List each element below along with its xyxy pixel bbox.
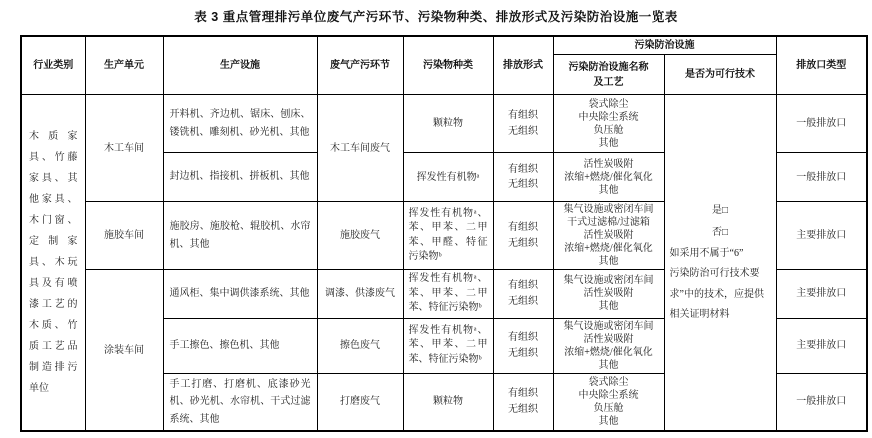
stage-cell: 施胶废气 bbox=[317, 202, 403, 270]
pollutant-cell: 挥发性有机物ᵃ bbox=[403, 153, 493, 202]
stage-cell: 擦色废气 bbox=[317, 318, 403, 373]
control-facility-cell: 集气设施或密闭车间 干式过滤棉/过滤箱 活性炭吸附 浓缩+燃烧/催化氧化 其他 bbox=[553, 202, 664, 270]
page-title: 表 3 重点管理排污单位废气产污环节、污染物种类、排放形式及污染防治设施一览表 bbox=[0, 7, 872, 25]
feasibility-note: 如采用不属于“6” 污染防治可行技术要 求”中的技术，应提供 相关证明材料 bbox=[670, 244, 771, 326]
discharge-form-cell: 有组织 无组织 bbox=[493, 153, 553, 202]
discharge-form-cell: 有组织 无组织 bbox=[493, 373, 553, 431]
feasibility-no-checkbox: 否□ bbox=[670, 222, 771, 244]
discharge-form-cell: 有组织 无组织 bbox=[493, 270, 553, 319]
pollutant-cell: 颗粒物 bbox=[403, 95, 493, 153]
col-header-feasible: 是否为可行技术 bbox=[664, 55, 776, 95]
facility-cell: 手工擦色、擦色机、其他 bbox=[163, 318, 317, 373]
production-unit-cell: 木工车间 bbox=[85, 95, 163, 202]
outlet-type-cell: 主要排放口 bbox=[776, 318, 867, 373]
industry-category-cell: 木质家具、竹藤家具、其他家具、木门窗、定制家具、木玩具及有喷漆工艺的木质、竹质工… bbox=[21, 95, 85, 432]
facility-cell: 施胶房、施胶枪、辊胶机、水帘机、其他 bbox=[163, 202, 317, 270]
facility-cell: 封边机、指接机、拼板机、其他 bbox=[163, 153, 317, 202]
facility-cell: 手工打磨、打磨机、底漆砂光机、砂光机、水帘机、干式过滤系统、其他 bbox=[163, 373, 317, 431]
stage-cell: 木工车间废气 bbox=[317, 95, 403, 202]
col-header-form: 排放形式 bbox=[493, 36, 553, 95]
production-unit-cell: 涂装车间 bbox=[85, 270, 163, 432]
table-row: 木质家具、竹藤家具、其他家具、木门窗、定制家具、木玩具及有喷漆工艺的木质、竹质工… bbox=[21, 95, 867, 153]
pollutant-cell: 挥发性有机物ᵃ、苯、甲苯、二甲苯、特征污染物ᵇ bbox=[403, 270, 493, 319]
control-facility-cell: 袋式除尘 中央除尘系统 负压舱 其他 bbox=[553, 95, 664, 153]
pollutant-cell: 挥发性有机物ᵃ、苯、甲苯、二甲苯、特征污染物ᵇ bbox=[403, 318, 493, 373]
production-unit-cell: 施胶车间 bbox=[85, 202, 163, 270]
outlet-type-cell: 一般排放口 bbox=[776, 373, 867, 431]
pollutant-cell: 颗粒物 bbox=[403, 373, 493, 431]
feasibility-cell: 是□ 否□ 如采用不属于“6” 污染防治可行技术要 求”中的技术，应提供 相关证… bbox=[664, 95, 776, 432]
feasibility-yes-checkbox: 是□ bbox=[670, 200, 771, 222]
stage-cell: 打磨废气 bbox=[317, 373, 403, 431]
pollutant-cell: 挥发性有机物ᵃ、苯、甲苯、二甲苯、甲醛、特征污染物ᵇ bbox=[403, 202, 493, 270]
pollution-control-table: 行业类别 生产单元 生产设施 废气产污环节 污染物种类 排放形式 污染防治设施 … bbox=[20, 35, 868, 432]
control-facility-cell: 集气设施或密闭车间 活性炭吸附 其他 bbox=[553, 270, 664, 319]
discharge-form-cell: 有组织 无组织 bbox=[493, 318, 553, 373]
outlet-type-cell: 主要排放口 bbox=[776, 202, 867, 270]
col-header-outlet: 排放口类型 bbox=[776, 36, 867, 95]
col-header-unit: 生产单元 bbox=[85, 36, 163, 95]
outlet-type-cell: 一般排放口 bbox=[776, 95, 867, 153]
col-header-stage: 废气产污环节 bbox=[317, 36, 403, 95]
col-header-industry: 行业类别 bbox=[21, 36, 85, 95]
control-facility-cell: 集气设施或密闭车间 活性炭吸附 浓缩+燃烧/催化氧化 其他 bbox=[553, 318, 664, 373]
facility-cell: 开料机、齐边机、锯床、刨床、镂铣机、雕刻机、砂光机、其他 bbox=[163, 95, 317, 153]
discharge-form-cell: 有组织 无组织 bbox=[493, 202, 553, 270]
control-facility-cell: 袋式除尘 中央除尘系统 负压舱 其他 bbox=[553, 373, 664, 431]
col-header-pollutant: 污染物种类 bbox=[403, 36, 493, 95]
discharge-form-cell: 有组织 无组织 bbox=[493, 95, 553, 153]
outlet-type-cell: 一般排放口 bbox=[776, 153, 867, 202]
control-facility-cell: 活性炭吸附 浓缩+燃烧/催化氧化 其他 bbox=[553, 153, 664, 202]
col-header-control-group: 污染防治设施 bbox=[553, 36, 776, 55]
col-header-facility: 生产设施 bbox=[163, 36, 317, 95]
col-header-control-name: 污染防治设施名称 及工艺 bbox=[553, 55, 664, 95]
facility-cell: 通风柜、集中调供漆系统、其他 bbox=[163, 270, 317, 319]
outlet-type-cell: 主要排放口 bbox=[776, 270, 867, 319]
stage-cell: 调漆、供漆废气 bbox=[317, 270, 403, 319]
